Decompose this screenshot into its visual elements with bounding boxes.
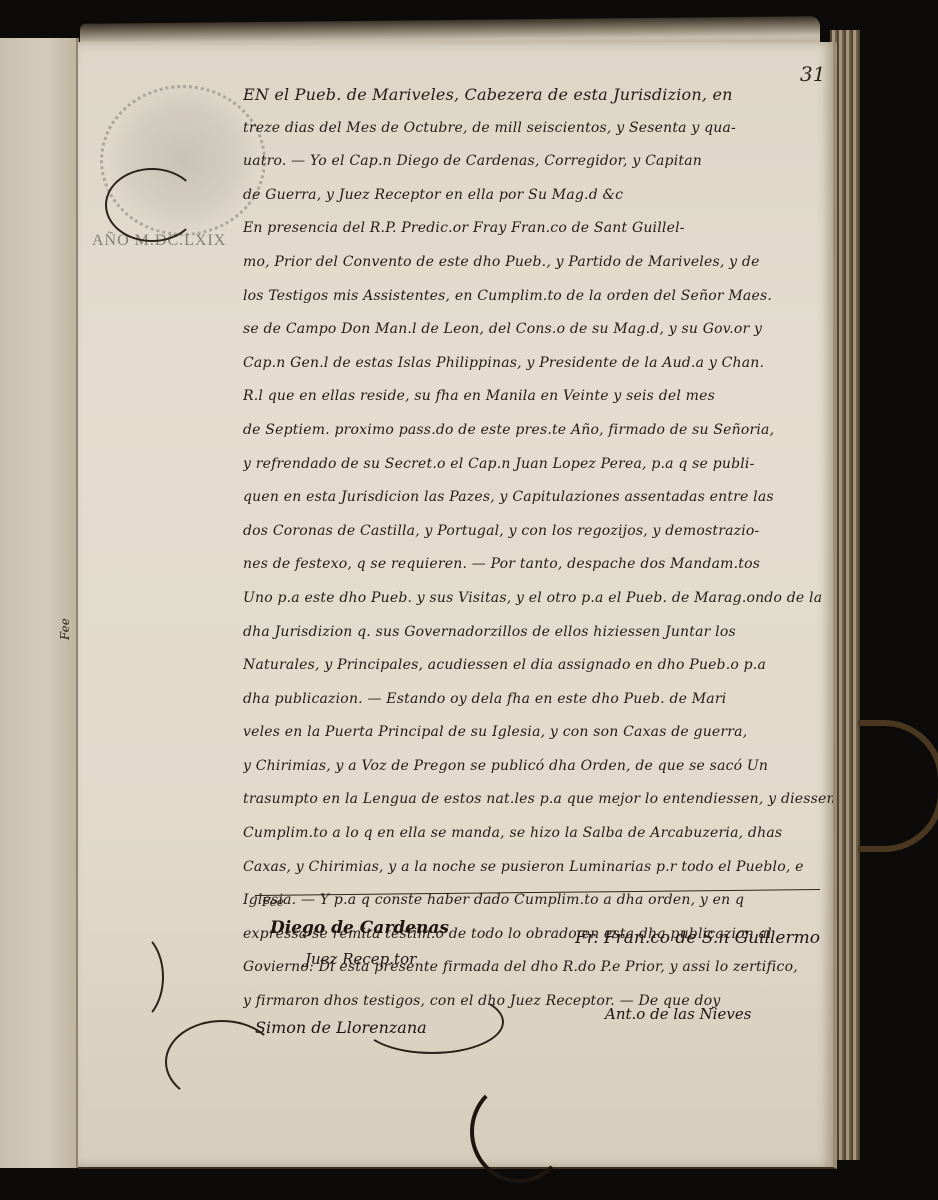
signature-flourish-icon: [470, 1080, 568, 1183]
body-line: uatro. — Yo el Cap.n Diego de Cardenas, …: [243, 145, 833, 179]
body-line: Naturales, y Principales, acudiessen el …: [243, 649, 833, 683]
body-line: de Septiem. proximo pass.do de este pres…: [243, 414, 833, 448]
signature-fray-francisco: Fr. Fran.co de S.n Guillermo: [575, 928, 820, 948]
left-margin-note: Fee: [58, 618, 72, 640]
left-facing-page: [0, 38, 79, 1168]
body-line: veles en la Puerta Principal de su Igles…: [243, 716, 833, 750]
signature-antonio-de-las-nieves: Ant.o de las Nieves: [605, 1005, 751, 1023]
signature-flourish-icon: [100, 930, 164, 1024]
manuscript-body: EN el Pueb. de Mariveles, Cabezera de es…: [243, 78, 833, 1019]
signature-flourish-icon: [360, 990, 504, 1054]
body-line: En presencia del R.P. Predic.or Fray Fra…: [243, 212, 833, 246]
signature-flourish-icon: [165, 1020, 279, 1104]
body-line: EN el Pueb. de Mariveles, Cabezera de es…: [243, 78, 833, 112]
body-line: se de Campo Don Man.l de Leon, del Cons.…: [243, 313, 833, 347]
body-line: los Testigos mis Assistentes, en Cumplim…: [243, 280, 833, 314]
signature-title-juez-receptor: Juez Recep.tor: [305, 950, 416, 968]
opening-flourish-icon: [105, 168, 199, 242]
body-line: y Chirimias, y a Voz de Pregon se public…: [243, 750, 833, 784]
body-line: y refrendado de su Secret.o el Cap.n Jua…: [243, 448, 833, 482]
body-line: dha Jurisdizion q. sus Governadorzillos …: [243, 616, 833, 650]
body-line: Cumplim.to a lo q en ella se manda, se h…: [243, 817, 833, 851]
body-line: dos Coronas de Castilla, y Portugal, y c…: [243, 515, 833, 549]
body-line: R.l que en ellas reside, su fha en Manil…: [243, 380, 833, 414]
body-line: Cap.n Gen.l de estas Islas Philippinas, …: [243, 347, 833, 381]
body-line: de Guerra, y Juez Receptor en ella por S…: [243, 179, 833, 213]
body-line: treze dias del Mes de Octubre, de mill s…: [243, 112, 833, 146]
signature-diego-de-cardenas: Diego de Cardenas: [270, 918, 449, 938]
body-line: mo, Prior del Convento de este dho Pueb.…: [243, 246, 833, 280]
body-line: dha publicazion. — Estando oy dela fha e…: [243, 683, 833, 717]
binding-string-loop: [858, 720, 938, 852]
body-line: quen en esta Jurisdicion las Pazes, y Ca…: [243, 481, 833, 515]
body-line: nes de festexo, q se requieren. — Por ta…: [243, 548, 833, 582]
body-line: Uno p.a este dho Pueb. y sus Visitas, y …: [243, 582, 833, 616]
body-line: trasumpto en la Lengua de estos nat.les …: [243, 783, 833, 817]
fee-note: Fee: [262, 895, 284, 909]
body-line: Caxas, y Chirimias, y a la noche se pusi…: [243, 851, 833, 885]
